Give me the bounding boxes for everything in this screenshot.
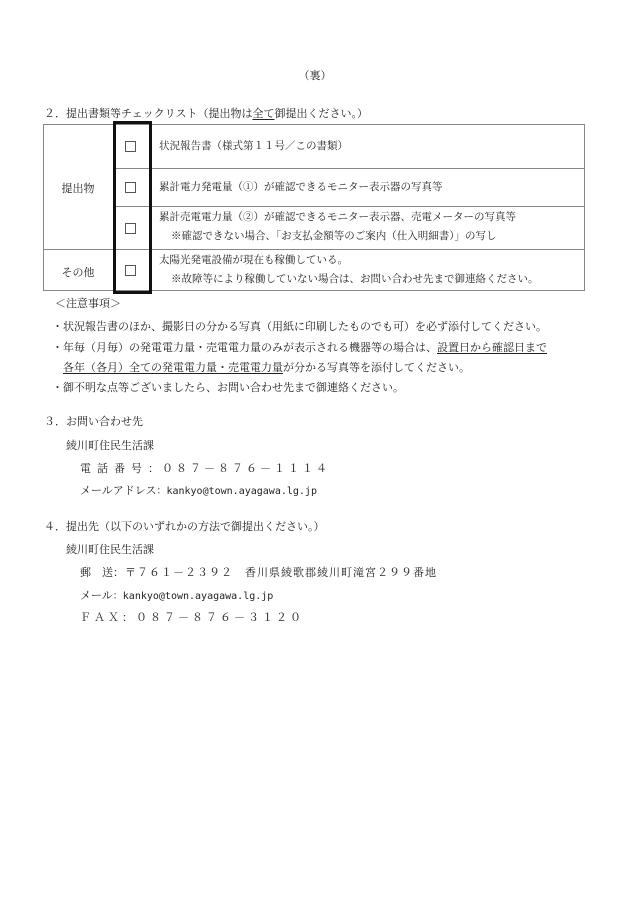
- note-2-cont: 各年（各月）全ての発電電力量・売電電力量が分かる写真等を添付してください。: [63, 359, 470, 375]
- note-2-text: ・年毎（月毎）の発電電力量・売電電力量のみが表示される機器等の場合は、: [52, 341, 437, 354]
- note-2-underlined: 設置日から確認日まで: [437, 341, 547, 354]
- section3-email: メールアドレス：kankyo@town.ayagawa.lg.jp: [80, 482, 317, 498]
- section4-department: 綾川町住民生活課: [66, 541, 154, 557]
- mail-label: 郵 送: [80, 566, 113, 579]
- checkbox-sale-photo[interactable]: [125, 223, 136, 234]
- checkbox-generation-photo[interactable]: [125, 182, 136, 193]
- section3-department: 綾川町住民生活課: [66, 437, 154, 453]
- row-divider: [113, 168, 585, 169]
- item-generation-photo: 累計電力発電量（①）が確認できるモニター表示器の写真等: [159, 178, 443, 197]
- section4-mail: 郵 送：〒７６１－２３９２ 香川県綾歌郡綾川町滝宮２９９番地: [80, 564, 437, 580]
- note-1: ・状況報告書のほか、撮影日の分かる写真（用紙に印刷したものでも可）を必ず添付して…: [52, 318, 547, 334]
- section2-title: ２．提出書類等チェックリスト（提出物は全て御提出ください。）: [44, 105, 368, 121]
- note-2-cont-text: が分かる写真等を添付してください。: [283, 361, 470, 374]
- section2-title-underlined: 全て: [252, 107, 274, 120]
- section3-phone: 電話番号：０８７－８７６－１１１４: [80, 460, 330, 476]
- item-operating-note: ※故障等により稼働していない場合は、お問い合わせ先まで御連絡ください。: [159, 270, 539, 289]
- section4-title: ４．提出先（以下のいずれかの方法で御提出ください。）: [44, 518, 325, 534]
- fax-label: ＦＡＸ: [80, 611, 122, 624]
- email-label: メールアドレス: [80, 484, 156, 497]
- row-divider: [113, 206, 585, 207]
- note-2-cont-underlined: 各年（各月）全ての発電電力量・売電電力量: [63, 361, 283, 374]
- page-label: （裏）: [0, 67, 630, 83]
- category-submissions: 提出物: [43, 180, 113, 196]
- item-sale-photo-note: ※確認できない場合、「お支払金額等のご案内（仕入明細書）」の写し: [159, 227, 497, 246]
- section2-title-prefix: ２．提出書類等チェックリスト（提出物は: [44, 107, 252, 120]
- section2-title-suffix: 御提出ください。）: [274, 107, 368, 120]
- note-3: ・御不明な点等ございましたら、お問い合わせ先まで御連絡ください。: [52, 379, 404, 395]
- email-label-4: メール: [80, 589, 113, 602]
- item-operating: 太陽光発電設備が現在も稼働している。: [159, 251, 348, 270]
- section4-email: メール：kankyo@town.ayagawa.lg.jp: [80, 587, 273, 603]
- email-value-4: ：kankyo@town.ayagawa.lg.jp: [113, 591, 274, 602]
- item-status-report: 状況報告書（様式第１１号／この書類）: [159, 137, 348, 156]
- checkbox-status-report[interactable]: [125, 141, 136, 152]
- item-sale-photo: 累計売電電力量（②）が確認できるモニター表示器、売電メーターの写真等: [159, 208, 516, 227]
- fax-value: ：０８７－８７６－３１２０: [122, 611, 304, 624]
- email-value: ：kankyo@town.ayagawa.lg.jp: [156, 486, 317, 497]
- section4-fax: ＦＡＸ：０８７－８７６－３１２０: [80, 609, 304, 625]
- checkbox-operating[interactable]: [125, 265, 136, 276]
- category-other: その他: [43, 264, 113, 280]
- phone-label: 電話番号: [80, 462, 148, 475]
- section3-title: ３．お問い合わせ先: [44, 413, 143, 429]
- mail-value: ：〒７６１－２３９２ 香川県綾歌郡綾川町滝宮２９９番地: [113, 566, 437, 579]
- phone-value: ：０８７－８７６－１１１４: [148, 462, 330, 475]
- note-2: ・年毎（月毎）の発電電力量・売電電力量のみが表示される機器等の場合は、設置日から…: [52, 339, 547, 355]
- notes-heading: ＜注意事項＞: [55, 295, 121, 311]
